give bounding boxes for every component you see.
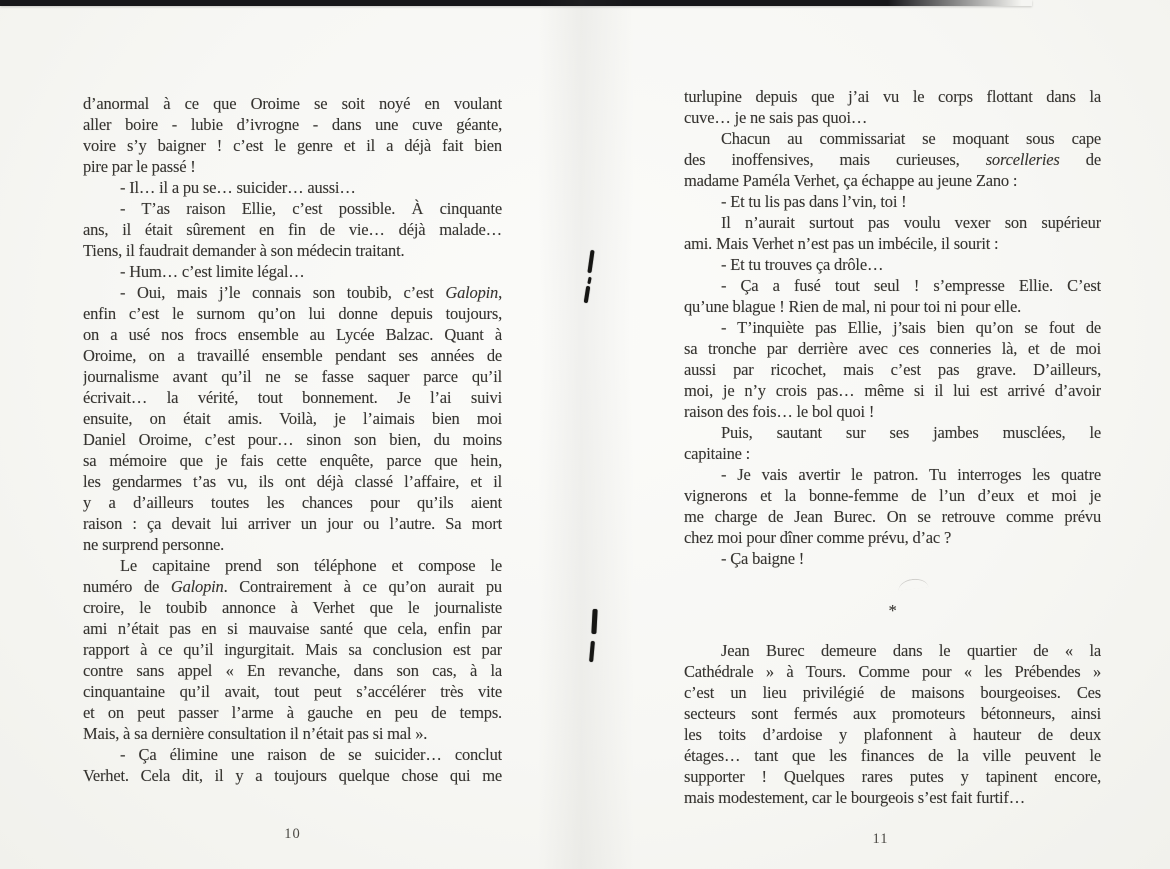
- text-line: - Et tu trouves ça drôle…: [684, 254, 1101, 275]
- text-line: cinquantaine qu’il avait, tout peut s’ac…: [83, 681, 502, 702]
- scanner-edge-artifact: [0, 0, 1032, 6]
- text-line: - Je vais avertir le patron. Tu interrog…: [684, 464, 1101, 485]
- text-line: y a d’ailleurs toutes les chances pour q…: [83, 492, 502, 513]
- text-line: Puis, sautant sur ses jambes musclées, l…: [684, 422, 1101, 443]
- text-line: les gendarmes t’as vu, ils ont déjà clas…: [83, 471, 502, 492]
- text-line: secteurs sont fermés aux promoteurs béto…: [684, 703, 1101, 724]
- text-line: me charge de Jean Burec. On se retrouve …: [684, 506, 1101, 527]
- text-line: on a usé nos frocs ensemble au Lycée Bal…: [83, 324, 502, 345]
- text-line: enfin c’est le surnom qu’on lui donne de…: [83, 303, 502, 324]
- text-line: des inoffensives, mais curieuses, sorcel…: [684, 149, 1101, 170]
- text-line: et on peut passer l’arme à gauche en peu…: [83, 702, 502, 723]
- page-right-text: turlupine depuis que j’ai vu le corps fl…: [684, 86, 1101, 808]
- text-line: - T’inquiète pas Ellie, j’sais bien qu’o…: [684, 317, 1101, 338]
- page-gutter: [538, 0, 634, 869]
- section-separator: *: [684, 600, 1101, 621]
- text-line: Il n’aurait surtout pas voulu vexer son …: [684, 212, 1101, 233]
- text-line: Jean Burec demeure dans le quartier de «…: [684, 640, 1101, 661]
- text-line: moi, je n’y crois pas… même si il lui es…: [684, 380, 1101, 401]
- text-line: cuve… je ne sais pas quoi…: [684, 107, 1101, 128]
- text-line: Verhet. Cela dit, il y a toujours quelqu…: [83, 765, 502, 786]
- text-line: - Oui, mais j’le connais son toubib, c’e…: [83, 282, 502, 303]
- text-line: - Il… il a pu se… suicider… aussi…: [83, 177, 502, 198]
- text-line: - Hum… c’est limite légal…: [83, 261, 502, 282]
- text-line: chez moi pour dîner comme prévu, d’ac ?: [684, 527, 1101, 548]
- text-line: étages… tant que les finances de la vill…: [684, 745, 1101, 766]
- text-line: Tiens, il faudrait demander à son médeci…: [83, 240, 502, 261]
- text-line: vignerons et la bonne-femme de l’un d’eu…: [684, 485, 1101, 506]
- text-line: aussi par ricochet, mais c’est pas grave…: [684, 359, 1101, 380]
- text-line: journalisme avant qu’il ne se fasse saqu…: [83, 366, 502, 387]
- text-line: sa mémoire que je fais cette enquête, pa…: [83, 450, 502, 471]
- text-line: turlupine depuis que j’ai vu le corps fl…: [684, 86, 1101, 107]
- text-line: Cathédrale » à Tours. Comme pour « les P…: [684, 661, 1101, 682]
- text-line: aller boire - lubie d’ivrogne - dans une…: [83, 114, 502, 135]
- page-number-right: 11: [672, 831, 1089, 848]
- text-line: Daniel Oroime, c’est pour… sinon son bie…: [83, 429, 502, 450]
- text-line: pire par le passé !: [83, 156, 502, 177]
- text-line: d’anormal à ce que Oroime se soit noyé e…: [83, 93, 502, 114]
- text-line: Mais, à sa dernière consultation il n’ét…: [83, 723, 502, 744]
- text-line: capitaine :: [684, 443, 1101, 464]
- text-line: raison : ça devait lui arriver un jour o…: [83, 513, 502, 534]
- text-line: ami. Mais Verhet n’est pas un imbécile, …: [684, 233, 1101, 254]
- text-line: ne surprend personne.: [83, 534, 502, 555]
- text-line: raison des fois… le bol quoi !: [684, 401, 1101, 422]
- text-line: voire s’y baigner ! c’est le genre et il…: [83, 135, 502, 156]
- text-line: Le capitaine prend son téléphone et comp…: [83, 555, 502, 576]
- text-line: écrivait… la vérité, tout bonnement. Je …: [83, 387, 502, 408]
- text-line: contre sans appel « En revanche, dans so…: [83, 660, 502, 681]
- text-line: rapport à ce qu’il ingurgitait. Mais sa …: [83, 639, 502, 660]
- text-line: croire, le toubib annonce à Verhet que l…: [83, 597, 502, 618]
- text-line: mais modestement, car le bourgeois s’est…: [684, 787, 1101, 808]
- page-number-left: 10: [83, 826, 502, 843]
- text-line: numéro de Galopin. Contrairement à ce qu…: [83, 576, 502, 597]
- text-line: - Ça baigne !: [684, 548, 1101, 569]
- text-line: ami n’était pas en si mauvaise santé que…: [83, 618, 502, 639]
- text-line: Oroime, on a travaillé ensemble pendant …: [83, 345, 502, 366]
- text-line: ensuite, on était amis. Voilà, je l’aima…: [83, 408, 502, 429]
- text-line: sa tronche par derrière avec ces conneri…: [684, 338, 1101, 359]
- text-line: ans, il était sûrement en fin de vie… dé…: [83, 219, 502, 240]
- text-line: les toits d’ardoise y plafonnent à haute…: [684, 724, 1101, 745]
- text-line: - Et tu lis pas dans l’vin, toi !: [684, 191, 1101, 212]
- text-line: - T’as raison Ellie, c’est possible. À c…: [83, 198, 502, 219]
- text-line: qu’une blague ! Rien de mal, ni pour toi…: [684, 296, 1101, 317]
- text-line: madame Paméla Verhet, ça échappe au jeun…: [684, 170, 1101, 191]
- page-left-text: d’anormal à ce que Oroime se soit noyé e…: [83, 93, 502, 786]
- text-line: supporter ! Quelques rares putes y tapin…: [684, 766, 1101, 787]
- text-line: - Ça a fusé tout seul ! s’empresse Ellie…: [684, 275, 1101, 296]
- text-line: c’est un lieu privilégié de maisons bour…: [684, 682, 1101, 703]
- text-line: Chacun au commissariat se moquant sous c…: [684, 128, 1101, 149]
- text-line: - Ça élimine une raison de se suicider… …: [83, 744, 502, 765]
- scanned-book-spread: d’anormal à ce que Oroime se soit noyé e…: [0, 0, 1170, 869]
